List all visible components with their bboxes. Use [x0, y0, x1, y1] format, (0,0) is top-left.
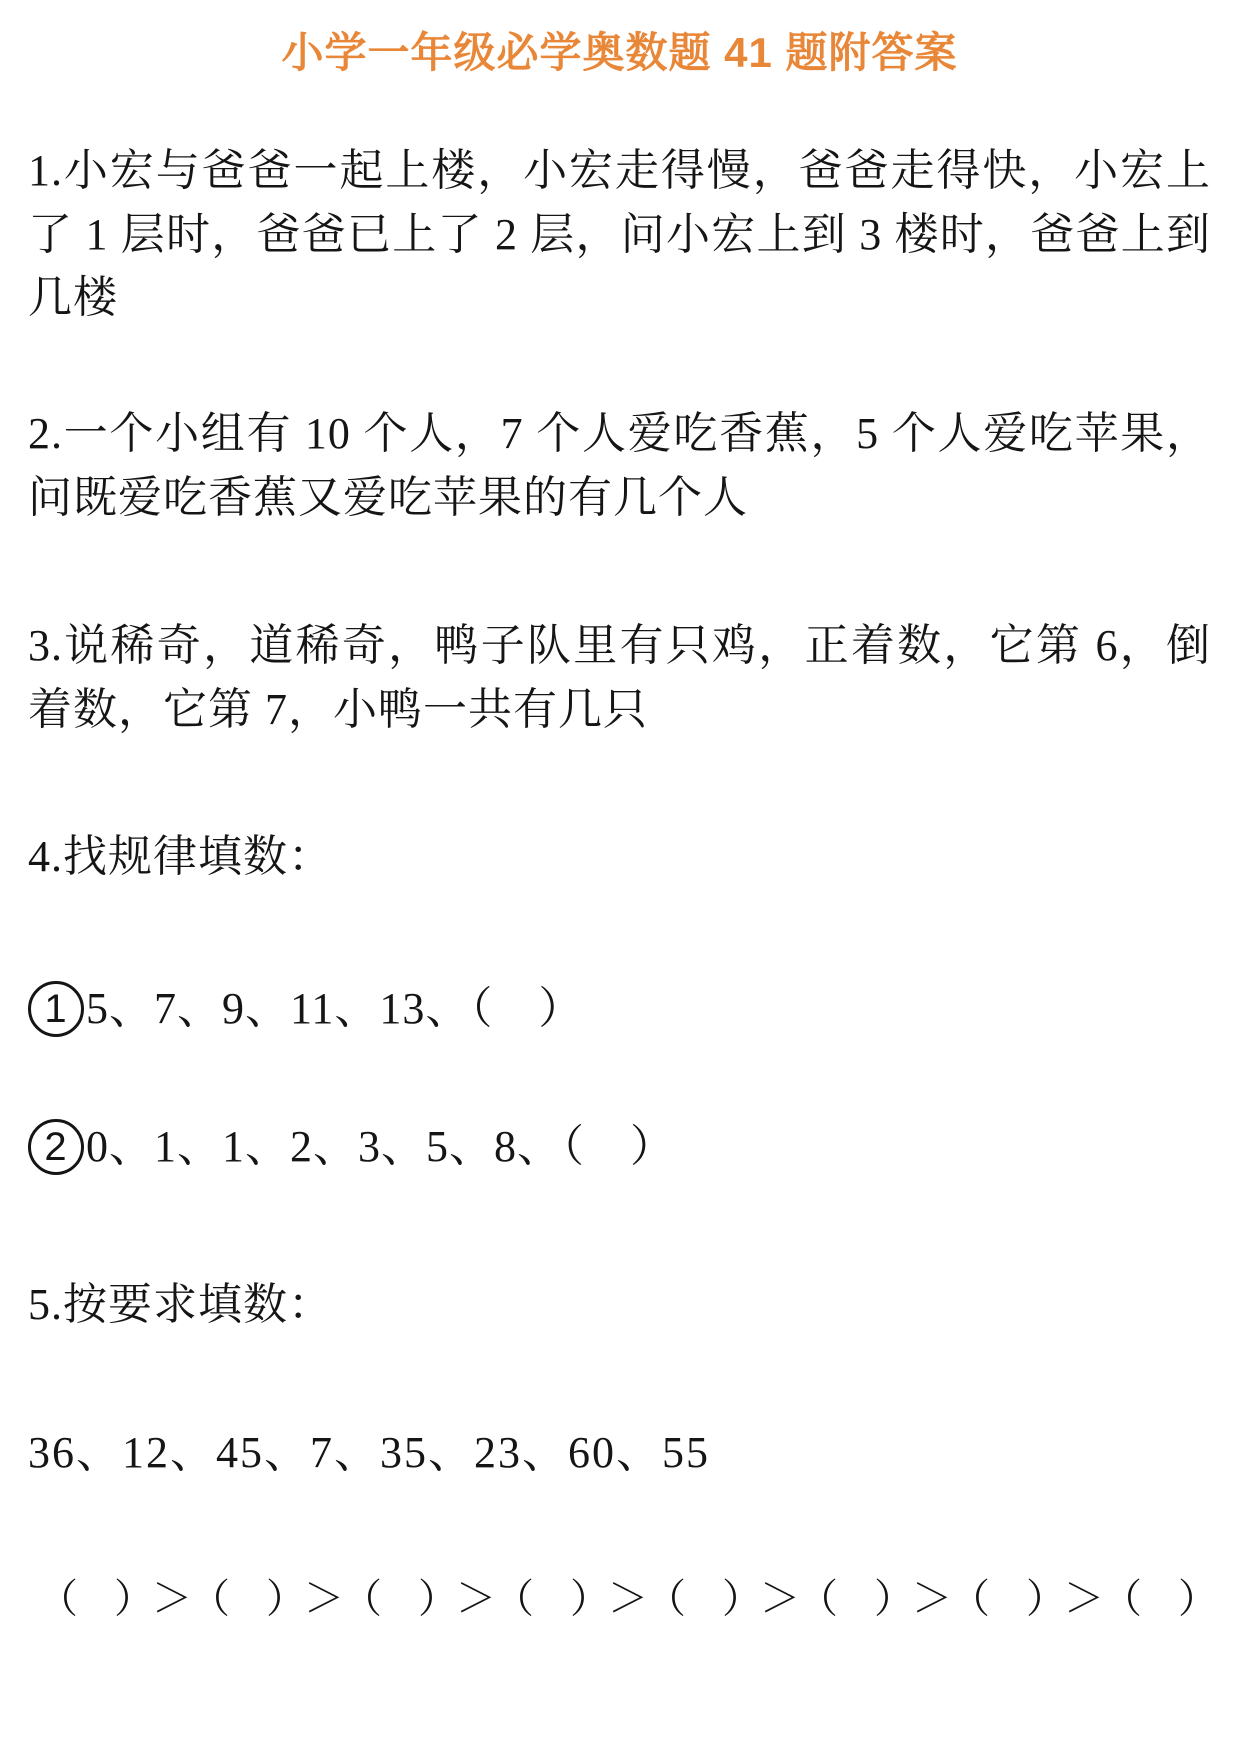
circled-number-2-icon: 2: [28, 1119, 84, 1175]
problem-4-heading: 4.找规律填数：: [28, 825, 1211, 889]
problem-1-text: 1.小宏与爸爸一起上楼，小宏走得慢，爸爸走得快，小宏上了 1 层时，爸爸已上了 …: [28, 139, 1211, 330]
number-list: 36、12、45、7、35、23、60、55: [28, 1421, 1211, 1485]
comparison-blanks: （ ）＞（ ）＞（ ）＞（ ）＞（ ）＞（ ）＞（ ）＞（ ）: [28, 1570, 1211, 1628]
sequence-1-text: 5、7、9、11、13、（ ）: [86, 977, 583, 1041]
problem-5-heading: 5.按要求填数：: [28, 1273, 1211, 1337]
worksheet-page: 小学一年级必学奥数题 41 题附答案 1.小宏与爸爸一起上楼，小宏走得慢，爸爸走…: [0, 0, 1241, 1754]
circled-number-1-icon: 1: [28, 981, 84, 1037]
sequence-2-row: 2 0、1、1、2、3、5、8、（ ）: [28, 1115, 1211, 1179]
sequence-1-row: 1 5、7、9、11、13、（ ）: [28, 977, 1211, 1041]
page-title: 小学一年级必学奥数题 41 题附答案: [28, 24, 1211, 83]
problem-2-text: 2.一个小组有 10 个人，7 个人爱吃香蕉，5 个人爱吃苹果，问既爱吃香蕉又爱…: [28, 402, 1211, 530]
problem-3-text: 3.说稀奇，道稀奇，鸭子队里有只鸡，正着数，它第 6，倒着数，它第 7，小鸭一共…: [28, 614, 1211, 742]
sequence-2-text: 0、1、1、2、3、5、8、（ ）: [86, 1115, 675, 1179]
